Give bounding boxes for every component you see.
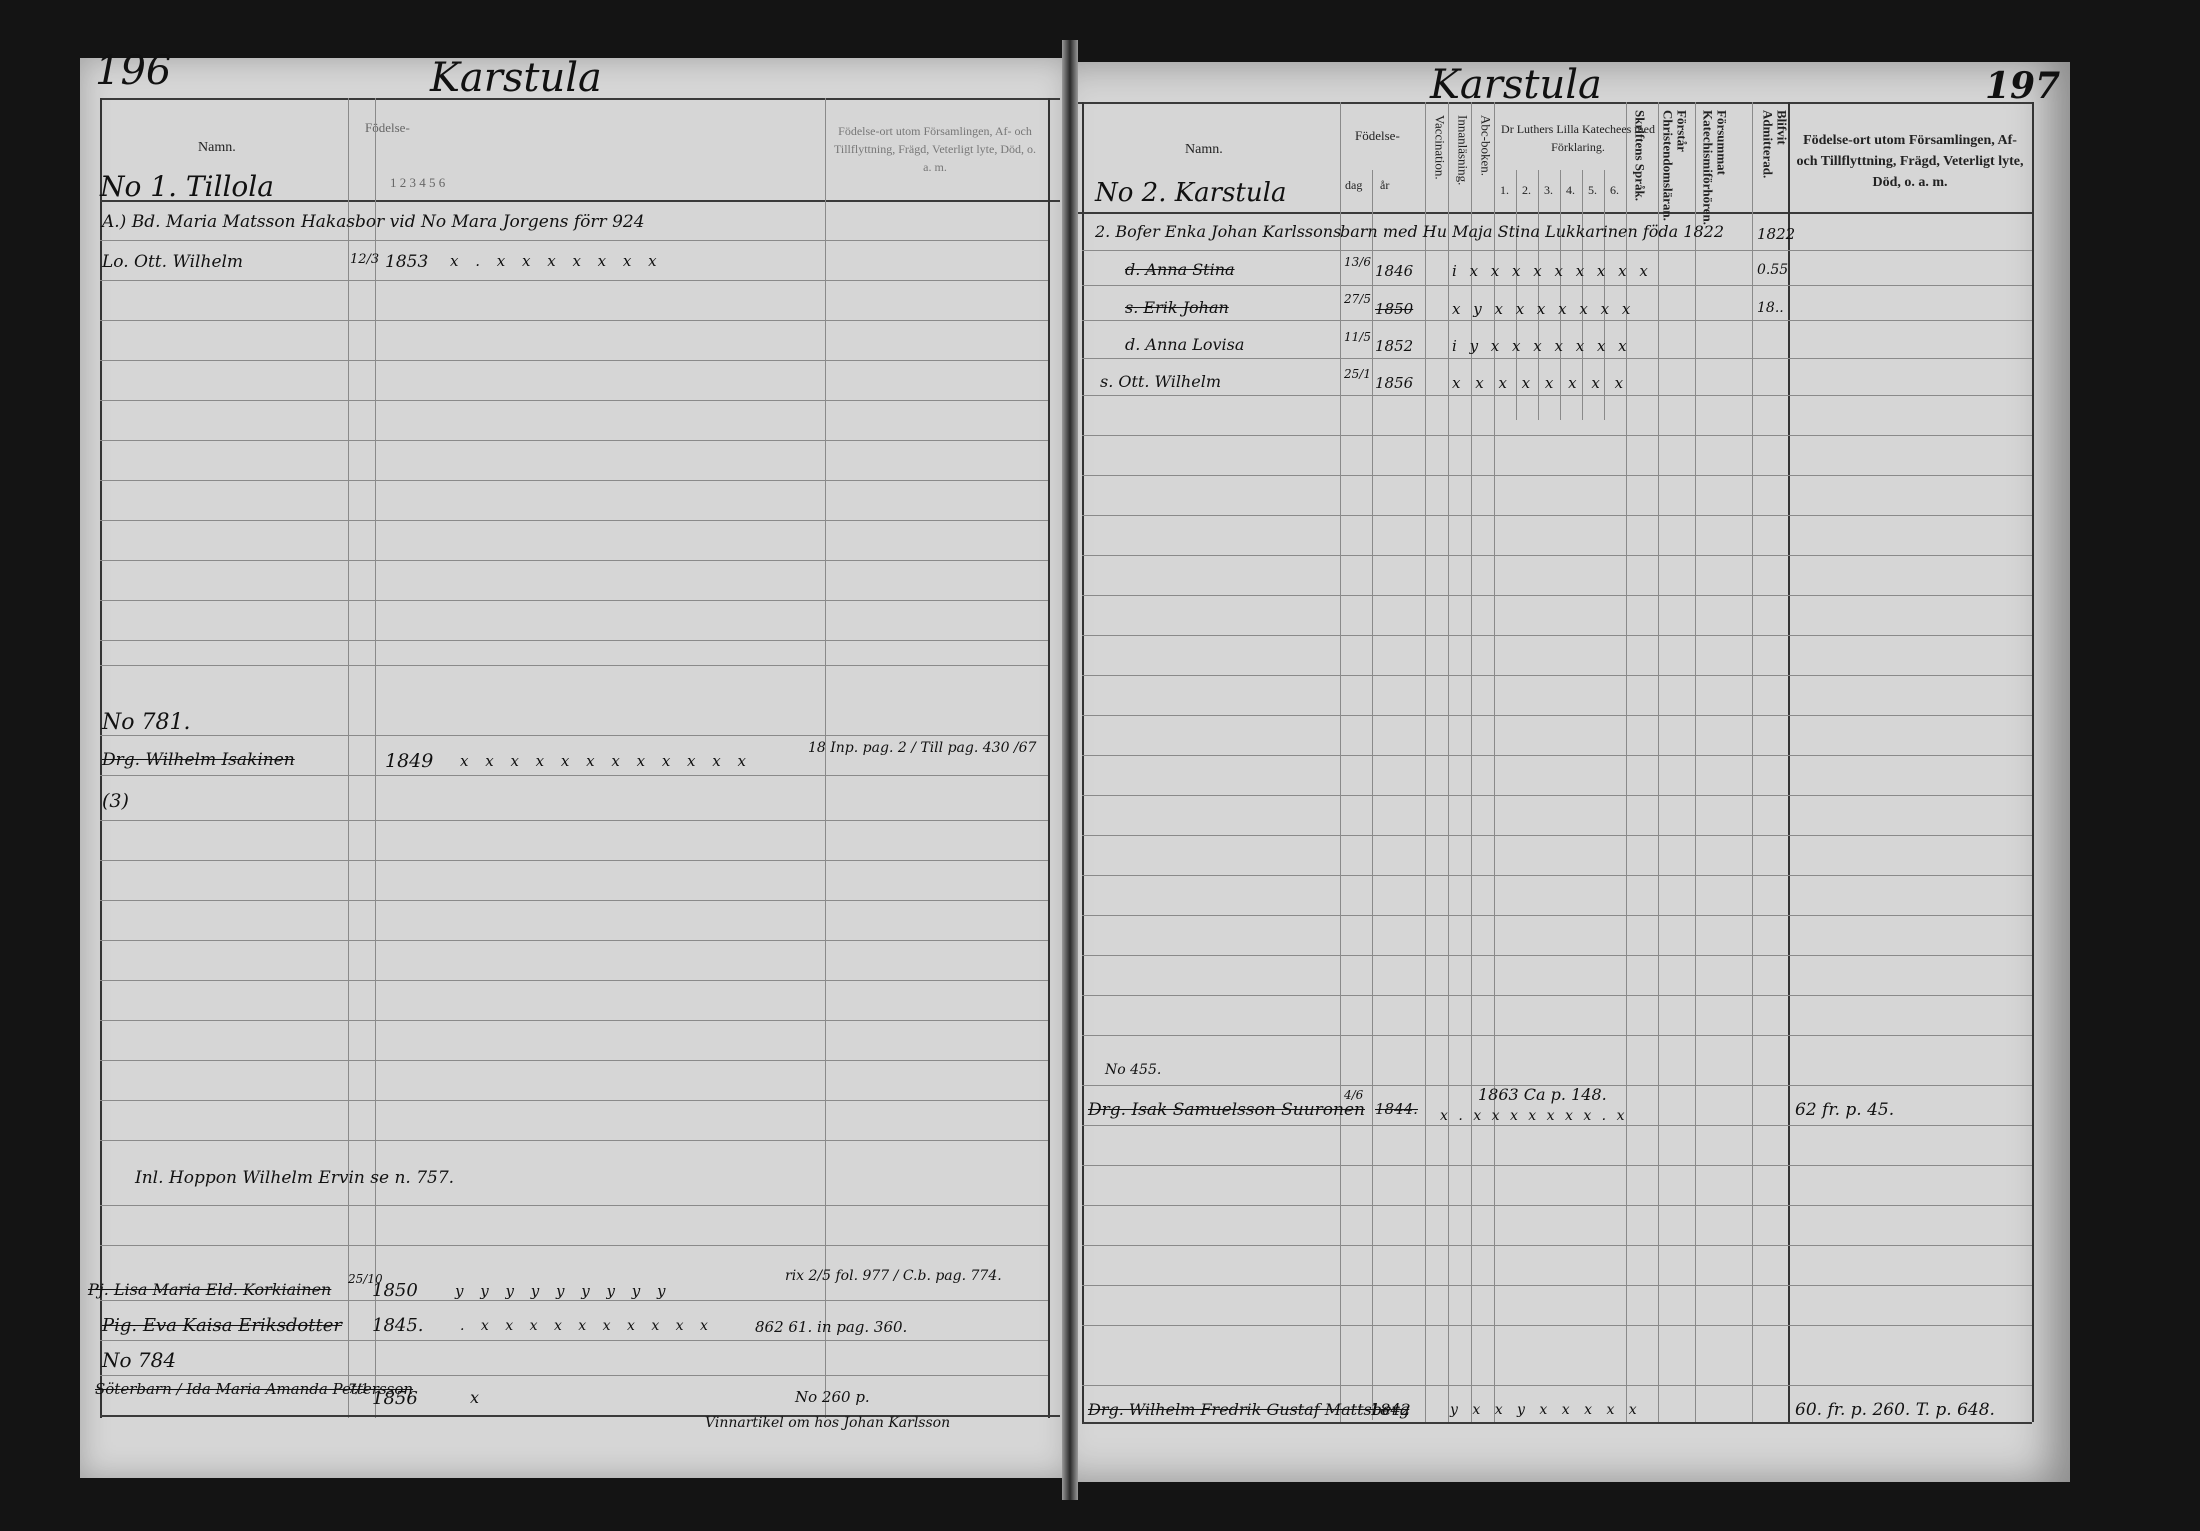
entry-name: d. Anna Stina bbox=[1125, 260, 1235, 279]
rule bbox=[100, 1340, 1048, 1341]
entry-year: 1845. bbox=[372, 1315, 424, 1336]
entry-marks: i x x x x x x x x x bbox=[1452, 262, 1652, 280]
entry-year: 1853 bbox=[385, 252, 428, 272]
entry-remark: No 260 p. bbox=[795, 1388, 870, 1406]
right-header-birth: Födelse- bbox=[1355, 128, 1400, 144]
entry-name: Inl. Hoppon Wilhelm Ervin se n. 757. bbox=[135, 1168, 454, 1188]
col-divider bbox=[1788, 102, 1790, 1422]
rule bbox=[100, 665, 1048, 666]
entry-year: 1856 bbox=[372, 1388, 418, 1409]
entry-remark: 18 Inp. pag. 2 / Till pag. 430 /67 bbox=[808, 740, 1036, 756]
entry-name: 2. Bofer Enka Johan Karlssons bbox=[1095, 222, 1341, 241]
right-header-admitted: Blifvit Admitterad. bbox=[1760, 110, 1789, 210]
rule bbox=[1082, 1205, 2032, 1206]
entry-year: 1849 bbox=[385, 750, 433, 772]
col-divider bbox=[1658, 102, 1659, 1422]
entry-name: A.) Bd. Maria Matsson Hakas bbox=[102, 212, 355, 232]
entry-year: 1852 bbox=[1375, 337, 1413, 355]
book-gutter bbox=[1062, 40, 1078, 1500]
right-header-bottom-rule bbox=[1078, 212, 2033, 214]
rule bbox=[1082, 915, 2032, 916]
entry-marks: x x x x x x x x x x x x bbox=[460, 752, 752, 770]
entry-marks: x y x x x x x x x bbox=[1452, 300, 1634, 318]
left-header-birth: Födelse- bbox=[365, 120, 410, 136]
right-header-abc: Abc-boken. bbox=[1478, 115, 1492, 210]
rule bbox=[100, 520, 1048, 521]
rule bbox=[1082, 358, 2032, 359]
rule bbox=[1082, 555, 2032, 556]
entry-name: Pj. Lisa Maria Eld. Korkiainen bbox=[88, 1280, 331, 1299]
rule bbox=[100, 600, 1048, 601]
rule bbox=[100, 1300, 1048, 1301]
rule bbox=[100, 1060, 1048, 1061]
left-footer-note: Vinnartikel om hos Johan Karlsson bbox=[705, 1415, 950, 1431]
entry-year: 1856 bbox=[1375, 374, 1413, 392]
left-page-number: 196 bbox=[95, 48, 171, 94]
right-header-cat-5: 5. bbox=[1588, 183, 1597, 198]
col-divider bbox=[1752, 102, 1753, 1422]
rule bbox=[1082, 955, 2032, 956]
rule bbox=[1082, 1285, 2032, 1286]
rule bbox=[100, 240, 1048, 241]
entry-year: 1850 bbox=[1375, 300, 1413, 318]
entry-year: 1846 bbox=[1375, 262, 1413, 280]
entry-note: 1863 Ca p. 148. bbox=[1478, 1085, 1607, 1104]
right-page-border bbox=[1082, 102, 1084, 1422]
entry-admitted: 18.. bbox=[1757, 300, 1784, 316]
entry-marks: y x x y x x x x x bbox=[1450, 1402, 1642, 1418]
col-divider bbox=[1425, 102, 1426, 1422]
entry-admitted: 0.55 bbox=[1757, 262, 1788, 278]
entry-marks: x . x x x x x x x bbox=[450, 252, 663, 270]
right-header-cat-1: 1. bbox=[1500, 183, 1509, 198]
rule bbox=[100, 1020, 1048, 1021]
entry-name: Drg. Wilhelm Fredrik Gustaf Mattsberg bbox=[1088, 1400, 1409, 1419]
entry-year: 1850 bbox=[372, 1280, 418, 1301]
entry-marks: i y x x x x x x x bbox=[1452, 337, 1631, 355]
rule bbox=[1082, 515, 2032, 516]
entry-date: 11/5 bbox=[1344, 330, 1371, 344]
rule bbox=[100, 1205, 1048, 1206]
rule bbox=[1082, 795, 2032, 796]
rule bbox=[1082, 435, 2032, 436]
right-header-birth-day: dag bbox=[1345, 178, 1362, 193]
right-header-cat-4: 4. bbox=[1566, 183, 1575, 198]
entry-marks: x bbox=[470, 1388, 479, 1407]
rule bbox=[1082, 250, 2032, 251]
rule bbox=[100, 440, 1048, 441]
right-header-name: Namn. bbox=[1185, 142, 1223, 158]
entry-name: s. Erik Johan bbox=[1125, 298, 1229, 317]
right-header-christianity: Förstår Christendomsläran. bbox=[1660, 110, 1689, 210]
rule bbox=[100, 1100, 1048, 1101]
entry-date: 12/3 bbox=[350, 252, 379, 267]
rule bbox=[100, 640, 1048, 641]
left-col-right-border bbox=[1048, 98, 1050, 1418]
entry-continuation: bor vid No Mara Jorgens förr 924 bbox=[355, 212, 645, 232]
left-col-divider-remarks bbox=[825, 98, 826, 1418]
rule bbox=[100, 940, 1048, 941]
rule bbox=[100, 735, 1048, 736]
rule bbox=[100, 860, 1048, 861]
entry-name: No 784 bbox=[102, 1348, 176, 1372]
rule bbox=[100, 280, 1048, 281]
right-header-remarks: Födelse-ort utom Församlingen, Af- och T… bbox=[1795, 130, 2025, 193]
entry-marks: y y y y y y y y y bbox=[455, 1282, 671, 1300]
entry-name: Pig. Eva Kaisa Eriksdotter bbox=[102, 1315, 342, 1336]
entry-year: 1842 bbox=[1370, 1400, 1411, 1419]
entry-marks: . x x x x x x x x x x bbox=[460, 1318, 714, 1334]
rule bbox=[100, 775, 1048, 776]
rule bbox=[1082, 595, 2032, 596]
entry-name: No 455. bbox=[1105, 1062, 1161, 1078]
rule bbox=[100, 900, 1048, 901]
left-col-divider-date bbox=[375, 98, 376, 1418]
rule bbox=[1082, 1325, 2032, 1326]
rule bbox=[1082, 1165, 2032, 1166]
right-page-number: 197 bbox=[1985, 65, 2060, 107]
entry-name: Drg. Isak Samuelsson Suuronen bbox=[1088, 1100, 1365, 1120]
right-header-vaccination: Vaccination. bbox=[1432, 115, 1446, 210]
entry-continuation: barn med Hu Maja Stina Lukkarinen föda 1… bbox=[1340, 222, 1724, 241]
col-divider bbox=[1448, 102, 1449, 1422]
left-header-remarks: Födelse-ort utom Församlingen, Af- och T… bbox=[830, 122, 1040, 176]
admitted-year: 1822 bbox=[1757, 225, 1795, 243]
left-header-top-rule bbox=[100, 98, 1060, 100]
left-parish-heading: Karstula bbox=[430, 55, 602, 101]
entry-remark: rix 2/5 fol. 977 / C.b. pag. 774. bbox=[785, 1268, 1002, 1284]
rule bbox=[100, 480, 1048, 481]
rule bbox=[1082, 285, 2032, 286]
col-divider bbox=[1695, 102, 1696, 1422]
rule bbox=[100, 1245, 1048, 1246]
rule bbox=[1082, 1125, 2032, 1126]
entry-marks: x . x x x x x x x . x bbox=[1440, 1108, 1627, 1124]
rule bbox=[1082, 395, 2032, 396]
right-header-missed: Försummat Katechismiförhören. bbox=[1700, 110, 1729, 210]
right-header-cat-2: 2. bbox=[1522, 183, 1531, 198]
rule bbox=[1082, 755, 2032, 756]
entry-name: Lo. Ott. Wilhelm bbox=[102, 252, 243, 272]
left-section-title: No 1. Tillola bbox=[100, 170, 274, 203]
right-header-cat-3: 3. bbox=[1544, 183, 1553, 198]
left-header-name: Namn. bbox=[198, 140, 236, 156]
rule bbox=[100, 980, 1048, 981]
rule bbox=[1082, 995, 2032, 996]
rule bbox=[1082, 715, 2032, 716]
entry-name: s. Ott. Wilhelm bbox=[1100, 372, 1221, 391]
rule bbox=[1082, 635, 2032, 636]
right-header-cat-6: 6. bbox=[1610, 183, 1619, 198]
rule bbox=[100, 400, 1048, 401]
rule bbox=[1082, 875, 2032, 876]
rule bbox=[100, 1375, 1048, 1376]
entry-date: 13/6 bbox=[1344, 255, 1371, 269]
right-header-scripture: Skriftens Språk. bbox=[1632, 110, 1646, 210]
rule bbox=[100, 820, 1048, 821]
right-header-top-rule bbox=[1078, 102, 2033, 104]
entry-date: 27/5 bbox=[1344, 292, 1371, 306]
right-section-title: No 2. Karstula bbox=[1095, 178, 1286, 208]
rule bbox=[1082, 1385, 2032, 1386]
entry-remark: 62 fr. p. 45. bbox=[1795, 1100, 1894, 1120]
entry-year: 1844. bbox=[1375, 1100, 1418, 1118]
rule bbox=[1082, 675, 2032, 676]
entry-name: d. Anna Lovisa bbox=[1125, 335, 1244, 354]
right-header-reading: Innanläsning. bbox=[1455, 115, 1469, 210]
rule bbox=[1082, 835, 2032, 836]
entry-date: 25/1 bbox=[1344, 367, 1371, 381]
entry-date: 7/1 bbox=[348, 1382, 369, 1397]
right-header-birth-year: år bbox=[1380, 178, 1389, 193]
left-header-catechism-cols: 1 2 3 4 5 6 bbox=[390, 175, 445, 191]
rule bbox=[1082, 1245, 2032, 1246]
rule bbox=[1082, 475, 2032, 476]
right-page-right-border bbox=[2032, 102, 2034, 1422]
rule bbox=[100, 320, 1048, 321]
right-bottom-rule bbox=[1082, 1422, 2032, 1424]
rule bbox=[1082, 320, 2032, 321]
left-col-divider-name bbox=[348, 98, 349, 1418]
rule bbox=[100, 1140, 1048, 1141]
entry-name: No 781. bbox=[102, 710, 190, 735]
rule bbox=[100, 360, 1048, 361]
rule bbox=[100, 560, 1048, 561]
entry-marks: x x x x x x x x bbox=[1452, 374, 1628, 392]
col-divider bbox=[1340, 102, 1341, 1422]
entry-remark: 862 61. in pag. 360. bbox=[755, 1318, 907, 1336]
entry-name: (3) bbox=[102, 790, 129, 812]
entry-name: Drg. Wilhelm Isakinen bbox=[102, 750, 295, 770]
entry-remark: 60. fr. p. 260. T. p. 648. bbox=[1795, 1400, 1995, 1420]
rule bbox=[1082, 1035, 2032, 1036]
entry-date: 4/6 bbox=[1344, 1088, 1363, 1102]
